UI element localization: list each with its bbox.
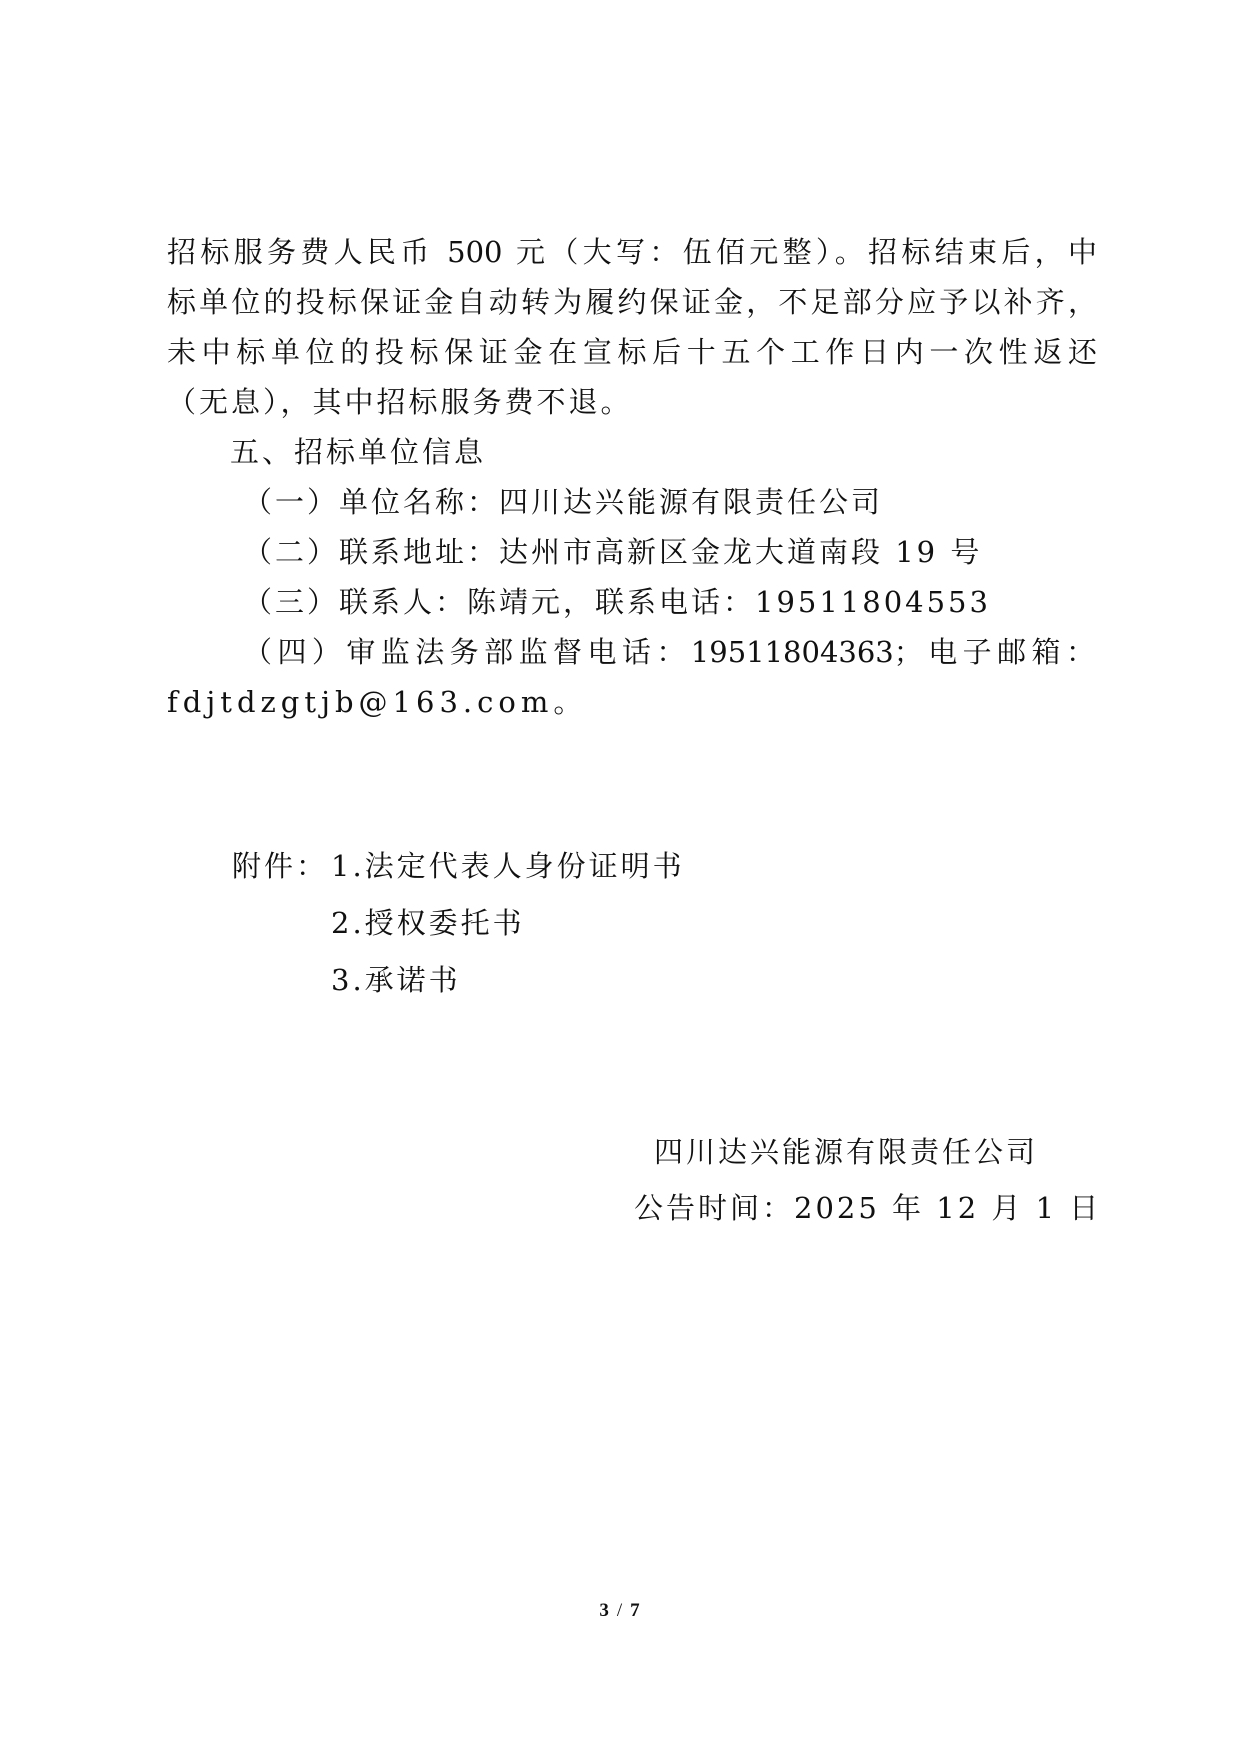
section-heading: 五、招标单位信息 (230, 432, 486, 472)
info-item-address: （二）联系地址：达州市高新区金龙大道南段 19 号 (243, 532, 982, 572)
paragraph-fee-line-4: （无息），其中招标服务费不退。 (167, 382, 633, 422)
page-separator: / (617, 1600, 624, 1621)
page-number: 3/7 (0, 1600, 1241, 1622)
info-item-contact: （三）联系人：陈靖元，联系电话：19511804553 (243, 582, 991, 622)
current-page: 3 (599, 1600, 611, 1621)
attachment-item-1: 1.法定代表人身份证明书 (331, 846, 685, 886)
info-item-supervision: （四）审监法务部监督电话：19511804363；电子邮箱： (243, 632, 1095, 672)
document-page: 招标服务费人民币 500 元（大写：伍佰元整）。招标结束后，中 标单位的投标保证… (0, 0, 1241, 1755)
paragraph-fee-line-1: 招标服务费人民币 500 元（大写：伍佰元整）。招标结束后，中 (167, 232, 1097, 272)
info-item-company-name: （一）单位名称：四川达兴能源有限责任公司 (243, 482, 883, 522)
total-pages: 7 (630, 1600, 642, 1621)
paragraph-fee-line-3: 未中标单位的投标保证金在宣标后十五个工作日内一次性返还 (167, 332, 1097, 372)
signature-company: 四川达兴能源有限责任公司 (654, 1132, 1038, 1172)
attachment-item-2: 2.授权委托书 (331, 903, 525, 943)
announcement-date: 公告时间：2025 年 12 月 1 日 (634, 1188, 1101, 1228)
attachment-item-3: 3.承诺书 (331, 960, 461, 1000)
paragraph-fee-line-2: 标单位的投标保证金自动转为履约保证金，不足部分应予以补齐， (167, 282, 1097, 322)
attachments-label: 附件： (232, 846, 328, 886)
email-link[interactable]: fdjtdzgtjb@163.com。 (167, 682, 587, 722)
